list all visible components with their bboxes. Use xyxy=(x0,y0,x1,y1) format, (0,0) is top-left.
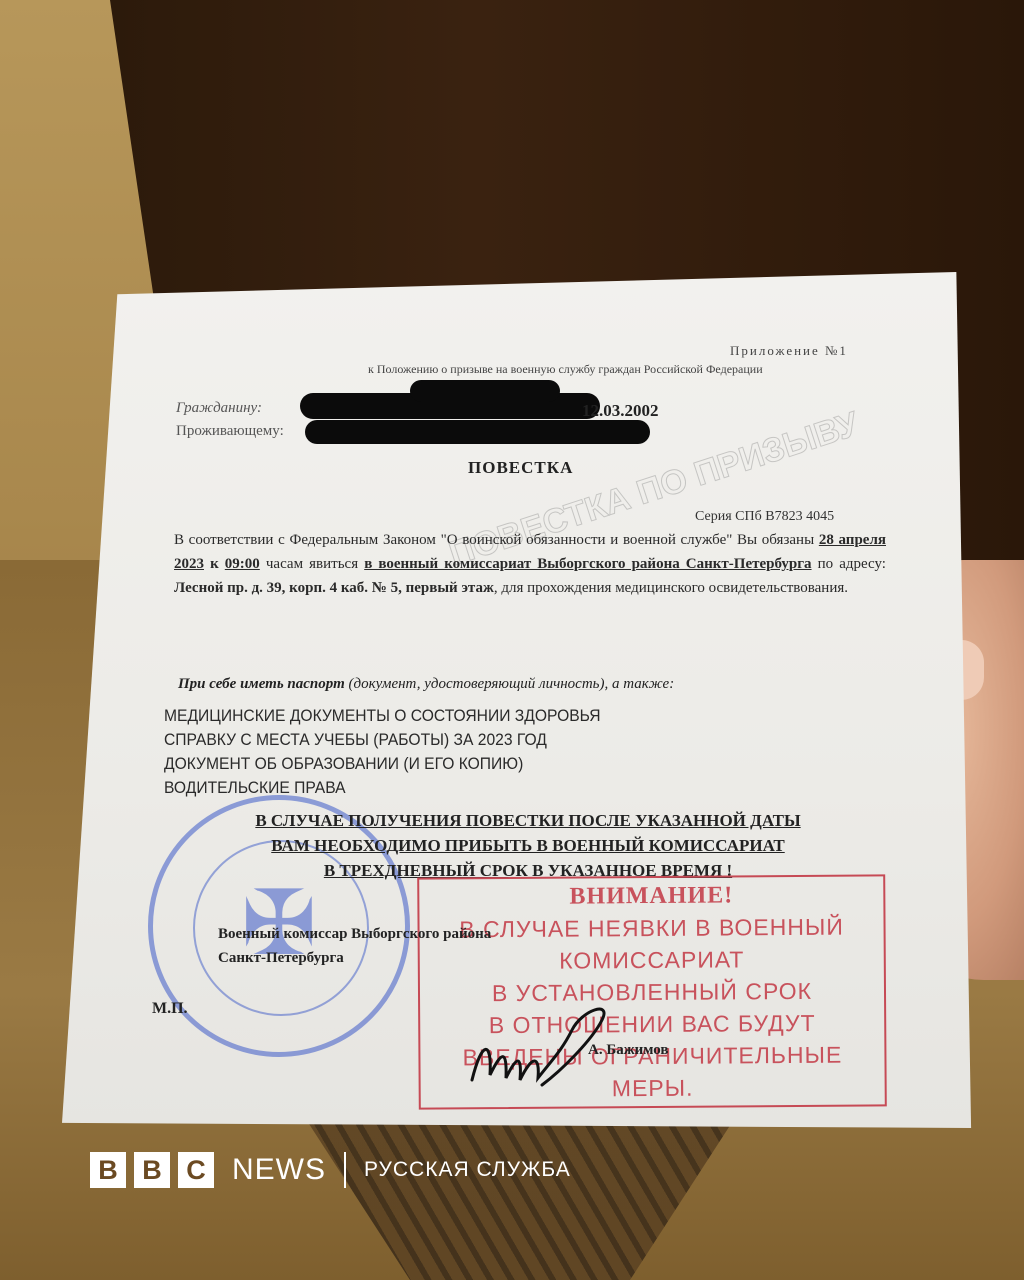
logo-divider xyxy=(344,1152,346,1188)
service-name: РУССКАЯ СЛУЖБА xyxy=(364,1158,571,1182)
notice-line: ВАМ НЕОБХОДИМО ПРИБЫТЬ В ВОЕННЫЙ КОМИССА… xyxy=(176,833,880,858)
summons-body: В соответствии с Федеральным Законом "О … xyxy=(174,528,886,600)
appearance-time: 09:00 xyxy=(225,556,260,572)
late-receipt-notice: В СЛУЧАЕ ПОЛУЧЕНИЯ ПОВЕСТКИ ПОСЛЕ УКАЗАН… xyxy=(176,808,880,883)
seal-place-label: М.П. xyxy=(152,1000,188,1018)
commissar-line: Санкт-Петербурга xyxy=(218,946,491,970)
attention-heading: ВНИМАНИЕ! xyxy=(419,878,883,913)
birth-date: 12.03.2002 xyxy=(582,401,659,421)
body-purpose: , для прохождения медицинского освидетел… xyxy=(494,580,848,596)
bbc-logo-block: B xyxy=(134,1152,170,1188)
bbc-logo-block: C xyxy=(178,1152,214,1188)
bbc-news-label: NEWS xyxy=(232,1153,326,1187)
document-title: ПОВЕСТКА xyxy=(468,458,573,478)
appendix-label: Приложение №1 xyxy=(730,343,848,359)
document-item: ВОДИТЕЛЬСКИЕ ПРАВА xyxy=(164,776,601,800)
series-number: Серия СПб В7823 4045 xyxy=(695,509,834,525)
required-documents: МЕДИЦИНСКИЕ ДОКУМЕНТЫ О СОСТОЯНИИ ЗДОРОВ… xyxy=(164,704,601,800)
bring-instructions: При себе иметь паспорт (документ, удосто… xyxy=(178,676,674,693)
document-item: СПРАВКУ С МЕСТА УЧЕБЫ (РАБОТЫ) ЗА 2023 Г… xyxy=(164,728,601,752)
appendix-subtitle: к Положению о призыве на военную службу … xyxy=(368,362,763,377)
bring-rest: (документ, удостоверяющий личность), а т… xyxy=(345,676,674,692)
document-item: ДОКУМЕНТ ОБ ОБРАЗОВАНИИ (И ЕГО КОПИЮ) xyxy=(164,752,601,776)
redaction-top xyxy=(410,380,560,402)
redaction-address xyxy=(305,420,650,444)
resident-label: Проживающему: xyxy=(176,423,284,440)
body-address-label: по адресу: xyxy=(812,556,886,572)
body-hours: часам явиться xyxy=(260,556,364,572)
appearance-place: в военный комиссариат Выборгского района… xyxy=(364,556,811,572)
body-k: к xyxy=(204,556,225,572)
body-intro: В соответствии с Федеральным Законом "О … xyxy=(174,532,819,548)
citizen-label: Гражданину: xyxy=(176,400,262,417)
bbc-news-russian-logo: B B C NEWS РУССКАЯ СЛУЖБА xyxy=(90,1152,571,1188)
bring-label: При себе иметь паспорт xyxy=(178,676,345,692)
commissar-title: Военный комиссар Выборгского района Санк… xyxy=(218,922,491,970)
notice-line: В СЛУЧАЕ ПОЛУЧЕНИЯ ПОВЕСТКИ ПОСЛЕ УКАЗАН… xyxy=(176,808,880,833)
signature-icon xyxy=(462,1000,632,1090)
bbc-logo-block: B xyxy=(90,1152,126,1188)
appearance-address: Лесной пр. д. 39, корп. 4 каб. № 5, перв… xyxy=(174,580,494,596)
commissar-line: Военный комиссар Выборгского района xyxy=(218,922,491,946)
document-item: МЕДИЦИНСКИЕ ДОКУМЕНТЫ О СОСТОЯНИИ ЗДОРОВ… xyxy=(164,704,601,728)
